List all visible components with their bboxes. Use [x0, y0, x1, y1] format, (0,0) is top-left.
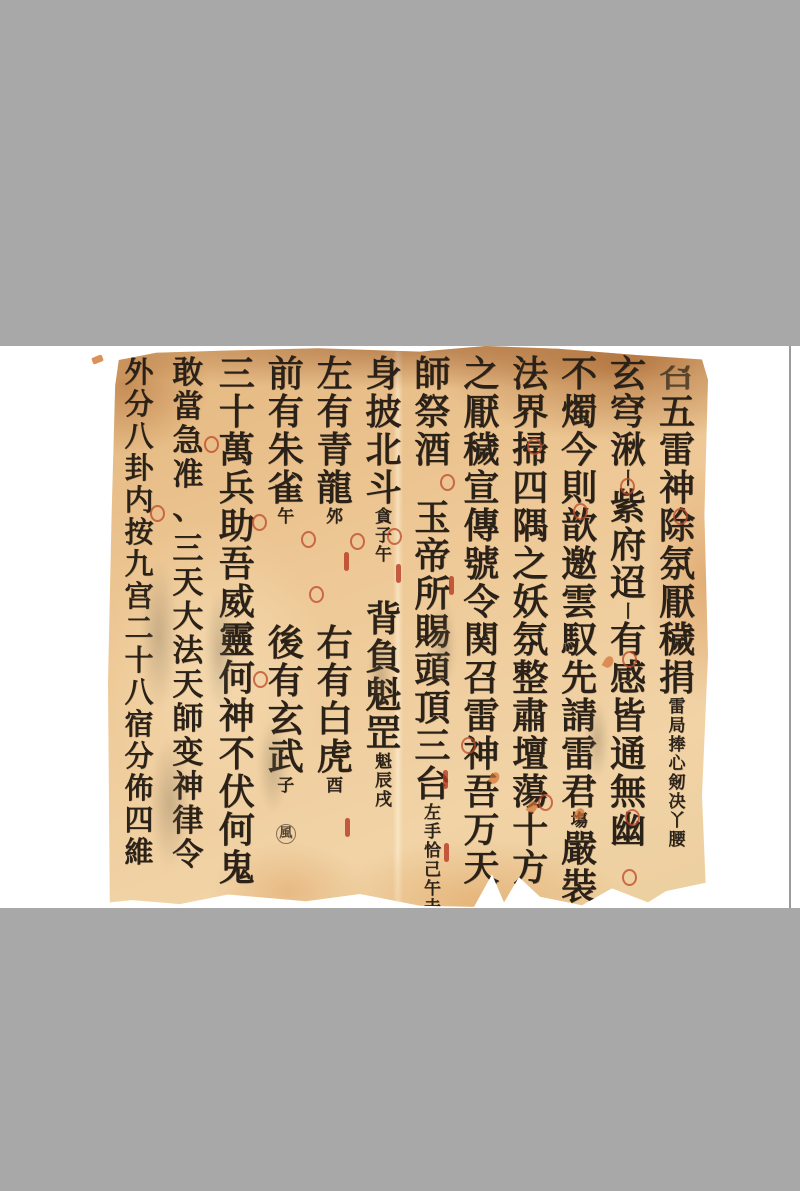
glyph: 三: [214, 356, 260, 394]
glyph: 傳: [458, 508, 504, 546]
glyph: 右: [312, 625, 358, 663]
glyph: 三: [409, 728, 455, 766]
glyph: 府: [605, 527, 651, 565]
glyph: 何: [214, 812, 260, 850]
glyph: 分: [116, 388, 162, 420]
glyph: 穢: [458, 432, 504, 470]
glyph: 蕩: [507, 774, 553, 812]
glyph: 氛: [654, 546, 700, 584]
glyph: 妖: [507, 584, 553, 622]
glyph: 未: [409, 899, 455, 918]
glyph: 嚴: [556, 831, 602, 869]
glyph: 手: [409, 823, 455, 842]
glyph: 除: [654, 508, 700, 546]
column-gap: [312, 527, 358, 625]
glyph: 青: [312, 432, 358, 470]
glyph: 風: [276, 824, 296, 844]
glyph: 十: [507, 812, 553, 850]
glyph: 幽: [605, 812, 651, 850]
glyph: 肅: [507, 698, 553, 736]
glyph: 背: [361, 601, 407, 639]
glyph: 裝: [556, 869, 602, 907]
glyph: 腰: [654, 831, 700, 850]
glyph: 吾: [214, 546, 260, 584]
glyph: 雷: [654, 432, 700, 470]
column-gap: [361, 565, 407, 601]
glyph: 有: [605, 622, 651, 660]
glyph: 敢: [165, 356, 211, 390]
glyph: 魁: [361, 677, 407, 715]
manuscript-column: 師祭酒玉帝所賜頭頂三台左手恰己午未: [409, 356, 455, 904]
glyph: 局: [654, 717, 700, 736]
glyph: 雷: [654, 698, 700, 717]
glyph: 吾: [458, 774, 504, 812]
glyph: 令: [458, 584, 504, 622]
glyph: 万: [458, 812, 504, 850]
manuscript-column: 玄穹湫丨紫府迢丨有感皆通無幽: [605, 356, 651, 904]
column-gap: [263, 527, 309, 625]
glyph: 二: [116, 612, 162, 644]
glyph: 龍: [312, 470, 358, 508]
glyph: 捐: [654, 660, 700, 698]
glyph: 法: [165, 634, 211, 668]
glyph: 法: [507, 356, 553, 394]
glyph: 厭: [654, 584, 700, 622]
glyph: 天: [165, 668, 211, 702]
glyph: 召: [458, 660, 504, 698]
glyph: 雷: [458, 698, 504, 736]
glyph: 北: [361, 432, 407, 470]
glyph: 威: [214, 584, 260, 622]
manuscript-column: 身披北斗貪子午背負魁罡魁辰戌: [361, 356, 407, 904]
glyph: 左: [312, 356, 358, 394]
glyph: 掃: [507, 432, 553, 470]
glyph: 負: [361, 639, 407, 677]
glyph: 变: [165, 736, 211, 770]
glyph: 四: [507, 470, 553, 508]
glyph: 律: [165, 804, 211, 838]
glyph: 午: [263, 508, 309, 527]
manuscript-paper: 召五雷神除氛厭穢捐雷局捧心剱决丫腰玄穹湫丨紫府迢丨有感皆通無幽不燭今則歆邀雲馭先…: [108, 346, 708, 908]
glyph: 不: [556, 356, 602, 394]
glyph: 披: [361, 394, 407, 432]
glyph: 辰: [361, 772, 407, 791]
glyph: 當: [165, 390, 211, 424]
glyph: 十: [214, 394, 260, 432]
glyph: 方: [507, 850, 553, 888]
glyph: 維: [116, 836, 162, 868]
glyph: 按: [116, 516, 162, 548]
glyph: 酉: [312, 777, 358, 796]
glyph: 魁: [361, 753, 407, 772]
glyph: 捧: [654, 736, 700, 755]
glyph: 台: [409, 766, 455, 804]
column-gap: [263, 796, 309, 822]
glyph: 之: [507, 546, 553, 584]
glyph: 関: [458, 622, 504, 660]
glyph: 所: [409, 576, 455, 614]
glyph: 子: [263, 777, 309, 796]
glyph: 神: [165, 770, 211, 804]
glyph: 斗: [361, 470, 407, 508]
glyph: 前: [263, 356, 309, 394]
glyph: 、: [165, 492, 211, 526]
glyph: 賜: [409, 614, 455, 652]
glyph: 則: [556, 470, 602, 508]
column-gap: [409, 470, 455, 500]
glyph: 急: [165, 424, 211, 458]
glyph: 有: [312, 663, 358, 701]
glyph: 佈: [116, 772, 162, 804]
glyph: 神: [654, 470, 700, 508]
glyph: 感: [605, 660, 651, 698]
manuscript-column: 敢當急准、三天大法天師变神律令: [165, 356, 211, 904]
glyph: 卦: [116, 452, 162, 484]
glyph: 罡: [361, 715, 407, 753]
glyph: 宿: [116, 708, 162, 740]
glyph: 外: [116, 356, 162, 388]
glyph: 神: [458, 736, 504, 774]
glyph: 請: [556, 698, 602, 736]
manuscript-column: 不燭今則歆邀雲馭先請雷君塲嚴裝: [556, 356, 602, 904]
glyph: 分: [116, 740, 162, 772]
glyph: 頭: [409, 652, 455, 690]
glyph: 剱: [654, 774, 700, 793]
glyph: 萬: [214, 432, 260, 470]
glyph: 准: [165, 458, 211, 492]
manuscript-column: 前有朱雀午後有玄武子風: [263, 356, 309, 904]
glyph: 號: [458, 546, 504, 584]
glyph: 雀: [263, 470, 309, 508]
glyph: 九: [116, 548, 162, 580]
glyph: 五: [654, 394, 700, 432]
glyph: 雲: [556, 584, 602, 622]
viewer-background: 召五雷神除氛厭穢捐雷局捧心剱决丫腰玄穹湫丨紫府迢丨有感皆通無幽不燭今則歆邀雲馭先…: [0, 0, 800, 1191]
glyph: 神: [214, 698, 260, 736]
glyph: 不: [214, 736, 260, 774]
manuscript-column: 召五雷神除氛厭穢捐雷局捧心剱决丫腰: [654, 356, 700, 904]
glyph: 穢: [654, 622, 700, 660]
glyph: 邜: [312, 508, 358, 527]
glyph: 貪: [361, 508, 407, 527]
manuscript-column: 法界掃四隅之妖氛整肅壇蕩十方: [507, 356, 553, 904]
columns-layer: 召五雷神除氛厭穢捐雷局捧心剱决丫腰玄穹湫丨紫府迢丨有感皆通無幽不燭今則歆邀雲馭先…: [116, 356, 700, 904]
glyph: 左: [409, 804, 455, 823]
glyph: 壇: [507, 736, 553, 774]
glyph: 師: [409, 356, 455, 394]
glyph: 歆: [556, 508, 602, 546]
glyph: 玄: [263, 701, 309, 739]
glyph: 伏: [214, 774, 260, 812]
glyph: 鬼: [214, 850, 260, 888]
glyph: 午: [409, 880, 455, 899]
glyph: 八: [116, 676, 162, 708]
glyph: 先: [556, 660, 602, 698]
glyph: 宫: [116, 580, 162, 612]
glyph: 通: [605, 736, 651, 774]
glyph: 今: [556, 432, 602, 470]
glyph: 馭: [556, 622, 602, 660]
glyph: 恰: [409, 842, 455, 861]
glyph: 心: [654, 755, 700, 774]
glyph: 武: [263, 739, 309, 777]
glyph: 皆: [605, 698, 651, 736]
glyph: 後: [263, 625, 309, 663]
glyph: 玄: [605, 356, 651, 394]
glyph: 無: [605, 774, 651, 812]
glyph: 虎: [312, 739, 358, 777]
glyph: 紫: [605, 489, 651, 527]
glyph: 白: [312, 701, 358, 739]
glyph: 十: [116, 644, 162, 676]
manuscript-column: 三十萬兵助吾威靈何神不伏何鬼: [214, 356, 260, 904]
glyph: 厭: [458, 394, 504, 432]
glyph: 召: [654, 356, 700, 394]
glyph: 决: [654, 793, 700, 812]
glyph: 燭: [556, 394, 602, 432]
glyph: 整: [507, 660, 553, 698]
glyph: 有: [263, 663, 309, 701]
glyph: 身: [361, 356, 407, 394]
glyph: 戌: [361, 791, 407, 810]
glyph: 宣: [458, 470, 504, 508]
glyph: 有: [312, 394, 358, 432]
glyph: 助: [214, 508, 260, 546]
glyph: 子: [361, 527, 407, 546]
glyph: 朱: [263, 432, 309, 470]
glyph: 頂: [409, 690, 455, 728]
glyph: 雷: [556, 736, 602, 774]
glyph: 之: [458, 356, 504, 394]
glyph: 内: [116, 484, 162, 516]
glyph: 穹: [605, 394, 651, 432]
glyph: 四: [116, 804, 162, 836]
glyph: 師: [165, 702, 211, 736]
glyph: 界: [507, 394, 553, 432]
manuscript-column: 之厭穢宣傳號令関召雷神吾万天: [458, 356, 504, 904]
glyph: 兵: [214, 470, 260, 508]
glyph: 靈: [214, 622, 260, 660]
glyph: 君: [556, 774, 602, 812]
glyph: 邀: [556, 546, 602, 584]
glyph: 三: [165, 532, 211, 566]
manuscript-column: 外分八卦内按九宫二十八宿分佈四維: [116, 356, 162, 904]
scanner-edge-line: [789, 346, 791, 908]
manuscript-column: 左有青龍邜右有白虎酉: [312, 356, 358, 904]
glyph: 氛: [507, 622, 553, 660]
glyph: 帝: [409, 538, 455, 576]
glyph: 有: [263, 394, 309, 432]
glyph: 八: [116, 420, 162, 452]
scan-page: 召五雷神除氛厭穢捐雷局捧心剱决丫腰玄穹湫丨紫府迢丨有感皆通無幽不燭今則歆邀雲馭先…: [0, 346, 800, 908]
glyph: 迢: [605, 565, 651, 603]
glyph: 天: [165, 566, 211, 600]
glyph: 何: [214, 660, 260, 698]
glyph: 午: [361, 546, 407, 565]
glyph: 酒: [409, 432, 455, 470]
glyph: 丫: [654, 812, 700, 831]
glyph: 天: [458, 850, 504, 888]
glyph: 己: [409, 861, 455, 880]
glyph: 玉: [409, 500, 455, 538]
glyph: 湫: [605, 432, 651, 470]
glyph: 祭: [409, 394, 455, 432]
glyph: 令: [165, 838, 211, 872]
glyph: 隅: [507, 508, 553, 546]
glyph: 大: [165, 600, 211, 634]
